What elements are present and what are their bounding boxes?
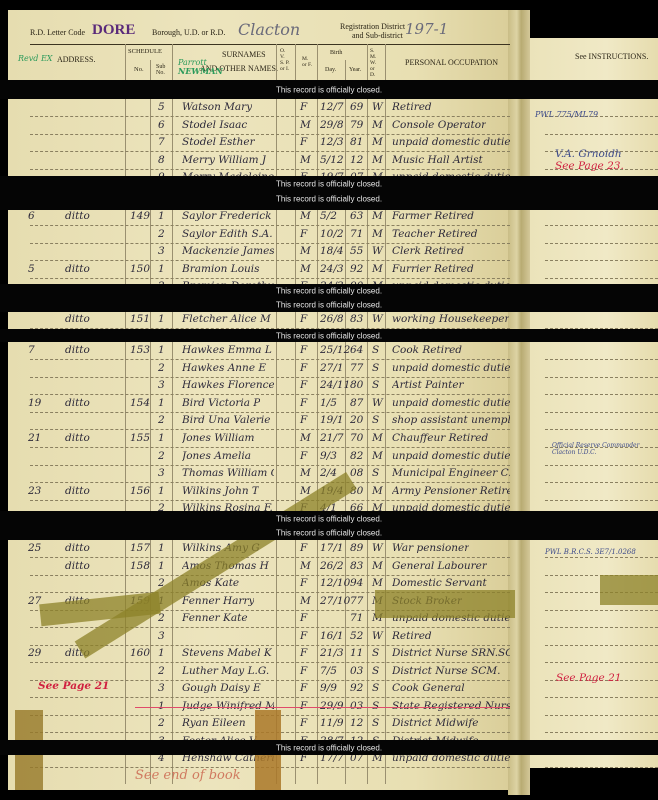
sub-number: 3 bbox=[158, 467, 165, 479]
person-name: Fenner Kate bbox=[182, 612, 248, 624]
sex: F bbox=[300, 682, 307, 694]
occupation: Municipal Engineer C.U.D.C. bbox=[392, 467, 510, 479]
person-name: Jones Amelia bbox=[182, 450, 251, 462]
occupation: Retired bbox=[392, 630, 432, 642]
person-name: Gough Daisy E bbox=[182, 682, 261, 694]
strike-line bbox=[135, 707, 510, 708]
marital-status: S bbox=[372, 379, 379, 391]
schedule-number: 160 bbox=[130, 647, 150, 659]
rd-letter-code-label: R.D. Letter Code bbox=[30, 28, 85, 37]
closed-record-bar: This record is officially closed. bbox=[0, 176, 658, 192]
header-rule bbox=[30, 44, 510, 45]
birth-day: 12/10 bbox=[320, 577, 350, 589]
closed-record-text: This record is officially closed. bbox=[0, 180, 658, 189]
sub-number: 3 bbox=[158, 682, 165, 694]
closed-record-bar: This record is officially closed. bbox=[0, 284, 658, 298]
closed-record-text: This record is officially closed. bbox=[0, 194, 658, 203]
birth-day: 17/1 bbox=[320, 542, 344, 554]
marital-status: S bbox=[372, 362, 379, 374]
sex: F bbox=[300, 414, 307, 426]
sex: F bbox=[300, 450, 307, 462]
closed-record-text: This record is officially closed. bbox=[0, 331, 658, 340]
sex: M bbox=[300, 245, 311, 257]
sex: F bbox=[300, 542, 307, 554]
marital-status: S bbox=[372, 700, 379, 712]
person-name: Saylor Frederick B bbox=[182, 210, 274, 222]
marital-status: W bbox=[372, 397, 383, 409]
occupation: unpaid domestic duties bbox=[392, 362, 510, 374]
sub-number: 2 bbox=[158, 228, 165, 240]
birth-day: 26/2 bbox=[320, 560, 344, 572]
sub-number: 5 bbox=[158, 101, 165, 113]
marital-status: W bbox=[372, 313, 383, 325]
sex: F bbox=[300, 313, 307, 325]
schedule-number: 151 bbox=[130, 313, 150, 325]
sub-number: 2 bbox=[158, 362, 165, 374]
marital-status: S bbox=[372, 344, 379, 356]
closed-record-bar: This record is officially closed. bbox=[0, 329, 658, 342]
table-row: 2Ryan EileenF11/912SDistrict Midwife bbox=[0, 715, 658, 733]
birth-day: 9/9 bbox=[320, 682, 337, 694]
col-schedule: SCHEDULE bbox=[128, 48, 162, 55]
person-name: Jones William bbox=[182, 432, 255, 444]
schedule-number: 156 bbox=[130, 485, 150, 497]
birth-year: 20 bbox=[350, 414, 363, 426]
closed-record-bar: This record is officially closed. bbox=[0, 511, 658, 526]
address-number: 5 bbox=[28, 263, 35, 275]
address: ditto bbox=[65, 485, 90, 497]
header-annotation: NEWMAN bbox=[178, 66, 223, 76]
sub-number: 7 bbox=[158, 136, 165, 148]
birth-year: 71 bbox=[350, 612, 363, 624]
marital-status: M bbox=[372, 210, 383, 222]
birth-year: 64 bbox=[350, 344, 363, 356]
sub-number: 1 bbox=[158, 313, 165, 325]
birth-day: 5/12 bbox=[320, 154, 344, 166]
occupation: Artist Painter bbox=[392, 379, 464, 391]
table-row: 5ditto1501Bramion LouisM24/392MFurrier R… bbox=[0, 261, 658, 279]
address-number: 23 bbox=[28, 485, 41, 497]
birth-year: 52 bbox=[350, 630, 363, 642]
schedule-number: 155 bbox=[130, 432, 150, 444]
person-name: Stodel Esther bbox=[182, 136, 255, 148]
sub-number: 1 bbox=[158, 344, 165, 356]
occupation: unpaid domestic duties bbox=[392, 136, 510, 148]
birth-year: 80 bbox=[350, 379, 363, 391]
birth-year: 81 bbox=[350, 136, 363, 148]
birth-day: 24/3 bbox=[320, 263, 344, 275]
birth-year: 71 bbox=[350, 228, 363, 240]
birth-day: 21/3 bbox=[320, 647, 344, 659]
occupation: District Nurse SRN.SCM bbox=[392, 647, 510, 659]
marital-status: M bbox=[372, 450, 383, 462]
sex: F bbox=[300, 362, 307, 374]
schedule-number: 149 bbox=[130, 210, 150, 222]
occupation: shop assistant unemployed bbox=[392, 414, 510, 426]
birth-day: 9/3 bbox=[320, 450, 337, 462]
person-name: Wilkins John T bbox=[182, 485, 259, 497]
col-schedule-no: No. bbox=[134, 66, 144, 73]
sex: M bbox=[300, 154, 311, 166]
col-instructions: See INSTRUCTIONS. bbox=[575, 52, 648, 61]
birth-year: 12 bbox=[350, 154, 363, 166]
address: ditto bbox=[65, 210, 90, 222]
address: ditto bbox=[65, 344, 90, 356]
col-schedule-sub: Sub No. bbox=[156, 64, 170, 76]
sub-number: 2 bbox=[158, 665, 165, 677]
birth-day: 12/7 bbox=[320, 101, 344, 113]
marital-status: S bbox=[372, 414, 379, 426]
marital-status: S bbox=[372, 665, 379, 677]
table-row: 6Stodel IsaacM29/879MConsole Operator bbox=[0, 117, 658, 135]
sub-number: 1 bbox=[158, 432, 165, 444]
closed-record-bar: This record is officially closed. bbox=[0, 526, 658, 540]
sub-number: 8 bbox=[158, 154, 165, 166]
occupation: Chauffeur Retired bbox=[392, 432, 488, 444]
rd-letter-code-value: DORE bbox=[92, 22, 135, 39]
birth-year: 79 bbox=[350, 119, 363, 131]
occupation: unpaid domestic duties bbox=[392, 397, 510, 409]
registration-label-1: Registration District bbox=[340, 22, 405, 31]
margin-note: PWL B.R.C.S. 3E7/1.0268 bbox=[545, 548, 645, 556]
birth-day: 27/1 bbox=[320, 362, 344, 374]
sex: F bbox=[300, 577, 307, 589]
birth-day: 19/1 bbox=[320, 414, 344, 426]
occupation: Domestic Servant bbox=[392, 577, 487, 589]
occupation: War pensioner bbox=[392, 542, 469, 554]
sex: F bbox=[300, 700, 307, 712]
marital-status: M bbox=[372, 577, 383, 589]
sub-number: 3 bbox=[158, 379, 165, 391]
person-name: Mackenzie James H bbox=[182, 245, 274, 257]
col-address: ADDRESS. bbox=[57, 55, 95, 64]
sub-number: 2 bbox=[158, 450, 165, 462]
birth-year: 63 bbox=[350, 210, 363, 222]
registration-label-2: and Sub-district bbox=[352, 31, 403, 40]
margin-note: See Page 21 bbox=[556, 672, 621, 684]
birth-day: 11/9 bbox=[320, 717, 344, 729]
person-name: Thomas William G. bbox=[182, 467, 274, 479]
address: ditto bbox=[65, 560, 90, 572]
person-name: Fletcher Alice M bbox=[182, 313, 271, 325]
table-row: 2Hawkes Anne EF27/177Sunpaid domestic du… bbox=[0, 360, 658, 378]
sub-number: 1 bbox=[158, 647, 165, 659]
occupation: working Housekeeper bbox=[392, 313, 509, 325]
occupation: General Labourer bbox=[392, 560, 487, 572]
birth-day: 24/11 bbox=[320, 379, 350, 391]
borough-value: Clacton bbox=[238, 20, 300, 39]
sub-number: 1 bbox=[158, 485, 165, 497]
marital-status: W bbox=[372, 542, 383, 554]
table-row: 3Thomas William G.M2/408SMunicipal Engin… bbox=[0, 465, 658, 483]
marital-status: M bbox=[372, 154, 383, 166]
table-row: ditto1581Amos Thomas HM26/283MGeneral La… bbox=[0, 558, 658, 576]
schedule-number: 153 bbox=[130, 344, 150, 356]
birth-year: 89 bbox=[350, 542, 363, 554]
sub-number: 1 bbox=[158, 700, 165, 712]
sex: F bbox=[300, 717, 307, 729]
birth-year: 03 bbox=[350, 665, 363, 677]
birth-day: 27/10 bbox=[320, 595, 350, 607]
address: ditto bbox=[65, 263, 90, 275]
person-name: Bird Una Valerie bbox=[182, 414, 270, 426]
closed-record-bar: This record is officially closed. bbox=[0, 740, 658, 755]
table-row: 2Saylor Edith S.A.F10/271MTeacher Retire… bbox=[0, 226, 658, 244]
occupation: Farmer Retired bbox=[392, 210, 474, 222]
margin-note: See Page 23. bbox=[555, 160, 624, 172]
borough-label: Borough, U.D. or R.D. bbox=[152, 28, 225, 37]
sub-number: 1 bbox=[158, 210, 165, 222]
table-row: 1Judge Winifred M.A.S.F29/903SState Regi… bbox=[0, 698, 658, 716]
schedule-number: 157 bbox=[130, 542, 150, 554]
sub-number: 2 bbox=[158, 717, 165, 729]
closed-record-bar: This record is officially closed. bbox=[0, 80, 658, 99]
sex: F bbox=[300, 397, 307, 409]
closed-record-text: This record is officially closed. bbox=[0, 287, 658, 296]
occupation: Clerk Retired bbox=[392, 245, 464, 257]
registration-value: 197-1 bbox=[405, 20, 448, 38]
table-row: ditto1511Fletcher Alice MF26/883Wworking… bbox=[0, 311, 658, 329]
sex: F bbox=[300, 630, 307, 642]
marital-status: M bbox=[372, 263, 383, 275]
birth-year: 82 bbox=[350, 450, 363, 462]
occupation: Console Operator bbox=[392, 119, 486, 131]
birth-year: 92 bbox=[350, 682, 363, 694]
birth-year: 11 bbox=[350, 647, 363, 659]
margin-note: Official Reserve Commander Clacton U.D.C… bbox=[552, 442, 652, 456]
occupation: Cook Retired bbox=[392, 344, 462, 356]
schedule-number: 154 bbox=[130, 397, 150, 409]
birth-year: 83 bbox=[350, 560, 363, 572]
repair-tape bbox=[375, 590, 515, 618]
closed-record-text: This record is officially closed. bbox=[0, 514, 658, 523]
person-name: Hawkes Emma L bbox=[182, 344, 272, 356]
marital-status: M bbox=[372, 432, 383, 444]
header-annotation: Revd EX bbox=[18, 54, 52, 63]
schedule-number: 158 bbox=[130, 560, 150, 572]
address: ditto bbox=[65, 432, 90, 444]
repair-tape bbox=[600, 575, 658, 605]
sex: F bbox=[300, 136, 307, 148]
birth-year: 03 bbox=[350, 700, 363, 712]
sex: M bbox=[300, 210, 311, 222]
sub-number: 1 bbox=[158, 263, 165, 275]
sub-number: 2 bbox=[158, 414, 165, 426]
closed-record-text: This record is officially closed. bbox=[0, 743, 658, 752]
birth-day: 16/1 bbox=[320, 630, 344, 642]
margin-note: PWL 775/ML79 bbox=[535, 110, 598, 119]
sex: F bbox=[300, 101, 307, 113]
occupation: Music Hall Artist bbox=[392, 154, 483, 166]
sub-number: 3 bbox=[158, 245, 165, 257]
address-number: 6 bbox=[28, 210, 35, 222]
address-number: 29 bbox=[28, 647, 41, 659]
sex: F bbox=[300, 228, 307, 240]
sub-number: 1 bbox=[158, 560, 165, 572]
birth-day: 25/12 bbox=[320, 344, 350, 356]
birth-day: 10/2 bbox=[320, 228, 344, 240]
sex: F bbox=[300, 665, 307, 677]
occupation: District Nurse SCM. bbox=[392, 665, 500, 677]
birth-year: 94 bbox=[350, 577, 363, 589]
occupation: Furrier Retired bbox=[392, 263, 474, 275]
marital-status: S bbox=[372, 717, 379, 729]
address-number: 21 bbox=[28, 432, 41, 444]
sub-number: 1 bbox=[158, 542, 165, 554]
table-row: 3Mackenzie James HM18/455WClerk Retired bbox=[0, 243, 658, 261]
sex: F bbox=[300, 379, 307, 391]
table-row: 7ditto1531Hawkes Emma LF25/1264SCook Ret… bbox=[0, 342, 658, 360]
person-name: Stodel Isaac bbox=[182, 119, 247, 131]
birth-day: 26/8 bbox=[320, 313, 344, 325]
sex: F bbox=[300, 647, 307, 659]
col-day: Day. bbox=[325, 67, 336, 73]
address: ditto bbox=[65, 397, 90, 409]
person-name: Hawkes Anne E bbox=[182, 362, 266, 374]
occupation: unpaid domestic duties bbox=[392, 450, 510, 462]
birth-day: 21/7 bbox=[320, 432, 344, 444]
sex: M bbox=[300, 119, 311, 131]
birth-day: 2/4 bbox=[320, 467, 337, 479]
col-smwd: S. M. W. or D. bbox=[370, 48, 380, 78]
address: ditto bbox=[65, 313, 90, 325]
birth-year: 12 bbox=[350, 717, 363, 729]
address-number: 7 bbox=[28, 344, 35, 356]
person-name: Stevens Mabel K bbox=[182, 647, 272, 659]
schedule-number: 150 bbox=[130, 263, 150, 275]
sex: M bbox=[300, 432, 311, 444]
person-name: Merry William J bbox=[182, 154, 266, 166]
address: ditto bbox=[65, 542, 90, 554]
marital-status: S bbox=[372, 467, 379, 479]
marital-status: W bbox=[372, 630, 383, 642]
col-occupation: PERSONAL OCCUPATION bbox=[405, 58, 498, 67]
table-row: 3Hawkes Florence EF24/1180SArtist Painte… bbox=[0, 377, 658, 395]
person-name: Bird Victoria P bbox=[182, 397, 260, 409]
birth-day: 29/8 bbox=[320, 119, 344, 131]
birth-day: 18/4 bbox=[320, 245, 344, 257]
birth-year: 83 bbox=[350, 313, 363, 325]
marital-status: M bbox=[372, 228, 383, 240]
closed-record-text: This record is officially closed. bbox=[0, 85, 658, 94]
person-name: Saylor Edith S.A. bbox=[182, 228, 273, 240]
birth-day: 12/3 bbox=[320, 136, 344, 148]
sex: M bbox=[300, 595, 311, 607]
birth-year: 69 bbox=[350, 101, 363, 113]
birth-day: 5/2 bbox=[320, 210, 337, 222]
marital-status: W bbox=[372, 101, 383, 113]
person-name: Luther May L.G. bbox=[182, 665, 269, 677]
closed-record-bar bbox=[0, 203, 658, 210]
col-ovspi: O. V. S. P. or I. bbox=[280, 48, 290, 72]
birth-day: 29/9 bbox=[320, 700, 344, 712]
person-name: Bramion Louis bbox=[182, 263, 260, 275]
occupation: Army Pensioner Retired bbox=[392, 485, 510, 497]
person-name: Fenner Harry bbox=[182, 595, 254, 607]
person-name: Watson Mary bbox=[182, 101, 252, 113]
marital-status: M bbox=[372, 560, 383, 572]
address-number: 25 bbox=[28, 542, 41, 554]
occupation: Cook General bbox=[392, 682, 465, 694]
table-row: 6ditto1491Saylor Frederick BM5/263MFarme… bbox=[0, 208, 658, 226]
marital-status: M bbox=[372, 136, 383, 148]
col-mf: M. or F. bbox=[302, 56, 312, 68]
sex: M bbox=[300, 467, 311, 479]
sub-number: 3 bbox=[158, 630, 165, 642]
birth-year: 70 bbox=[350, 432, 363, 444]
birth-year: 77 bbox=[350, 595, 363, 607]
sex: M bbox=[300, 560, 311, 572]
sex: F bbox=[300, 344, 307, 356]
sub-number: 6 bbox=[158, 119, 165, 131]
sex: M bbox=[300, 263, 311, 275]
birth-year: 55 bbox=[350, 245, 363, 257]
sub-number: 1 bbox=[158, 397, 165, 409]
closed-record-text: This record is officially closed. bbox=[0, 529, 658, 538]
birth-year: 77 bbox=[350, 362, 363, 374]
col-year: Year. bbox=[349, 67, 361, 73]
closed-record-text: This record is officially closed. bbox=[0, 301, 658, 310]
marital-status: M bbox=[372, 119, 383, 131]
person-name: Ryan Eileen bbox=[182, 717, 246, 729]
birth-year: 08 bbox=[350, 467, 363, 479]
sex: F bbox=[300, 612, 307, 624]
person-name: Hawkes Florence E bbox=[182, 379, 274, 391]
occupation: District Midwife bbox=[392, 717, 478, 729]
margin-note: V.A. Grnoidh bbox=[555, 148, 622, 160]
col-birth: Birth bbox=[330, 50, 342, 56]
row-rule bbox=[545, 767, 658, 768]
address-number: 19 bbox=[28, 397, 41, 409]
marital-status: S bbox=[372, 682, 379, 694]
birth-day: 1/5 bbox=[320, 397, 337, 409]
closed-record-bar: This record is officially closed. bbox=[0, 298, 658, 312]
margin-note: See Page 21 bbox=[38, 680, 109, 692]
table-row: 19ditto1541Bird Victoria PF1/587Wunpaid … bbox=[0, 395, 658, 413]
col-surnames: SURNAMES bbox=[222, 50, 266, 59]
occupation: State Registered Nurse bbox=[392, 700, 510, 712]
occupation: Retired bbox=[392, 101, 432, 113]
marital-status: W bbox=[372, 245, 383, 257]
birth-day: 7/5 bbox=[320, 665, 337, 677]
birth-year: 87 bbox=[350, 397, 363, 409]
margin-note: See end of book bbox=[135, 768, 241, 783]
birth-year: 92 bbox=[350, 263, 363, 275]
marital-status: S bbox=[372, 647, 379, 659]
marital-status: M bbox=[372, 485, 383, 497]
table-row: 2Bird Una ValerieF19/120Sshop assistant … bbox=[0, 412, 658, 430]
table-row: 2Amos KateF12/1094MDomestic Servant bbox=[0, 575, 658, 593]
occupation: Teacher Retired bbox=[392, 228, 478, 240]
